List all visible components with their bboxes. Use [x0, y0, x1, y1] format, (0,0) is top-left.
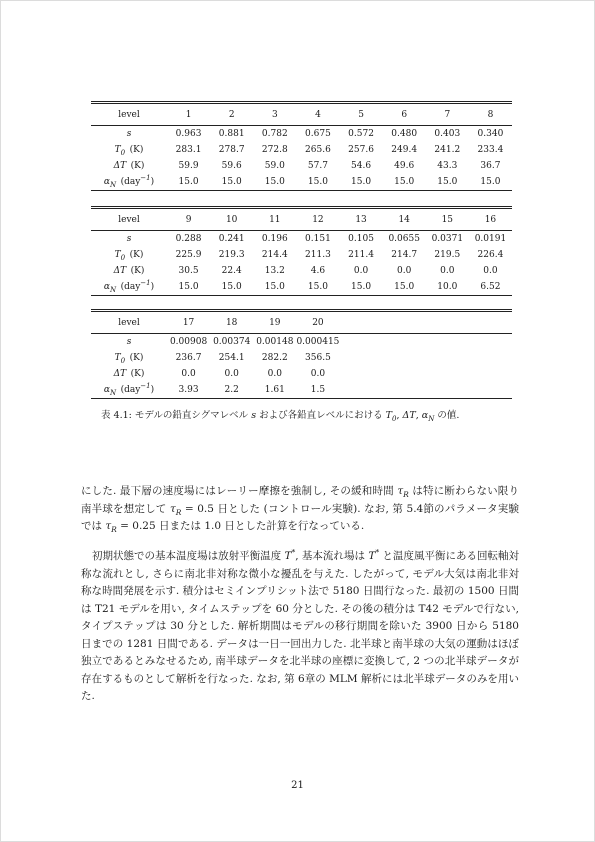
- row-label-cell: αN (day−1): [91, 174, 167, 191]
- page-number: 21: [1, 780, 594, 791]
- value-cell: [469, 366, 512, 382]
- value-cell: 0.0: [253, 366, 296, 382]
- value-cell: [426, 350, 469, 366]
- level-header-cell: 18: [210, 312, 253, 334]
- value-cell: 6.52: [469, 279, 512, 296]
- sigma-level-table-2: level910111213141516s0.2880.2410.1960.15…: [91, 206, 512, 296]
- table-row: s0.2880.2410.1960.1510.1050.06550.03710.…: [91, 231, 512, 248]
- value-cell: 0.00374: [210, 334, 253, 351]
- value-cell: 15.0: [210, 279, 253, 296]
- value-cell: 0.00908: [167, 334, 210, 351]
- value-cell: 0.0191: [469, 231, 512, 248]
- value-cell: 219.3: [210, 247, 253, 263]
- header-label-cell: level: [91, 209, 167, 231]
- value-cell: 214.4: [253, 247, 296, 263]
- value-cell: [426, 366, 469, 382]
- value-cell: 1.5: [296, 382, 339, 399]
- table-caption: 表 4.1: モデルの鉛直シグマレベル s および各鉛直レベルにおける T0, …: [101, 408, 498, 424]
- sigma-level-table-1: level12345678s0.9630.8810.7820.6750.5720…: [91, 101, 512, 191]
- level-header-cell: 17: [167, 312, 210, 334]
- row-label-cell: αN (day−1): [91, 279, 167, 296]
- level-header-cell: 8: [469, 104, 512, 126]
- body-paragraph-2: 初期状態での基本温度場は放射平衡温度 T*, 基本流れ場は T* と温度風平衡に…: [81, 548, 519, 706]
- header-label-cell: level: [91, 104, 167, 126]
- level-header-cell: 12: [296, 209, 339, 231]
- value-cell: [383, 382, 426, 399]
- value-cell: 0.288: [167, 231, 210, 248]
- row-label-cell: ΔT (K): [91, 263, 167, 279]
- level-header-cell: 19: [253, 312, 296, 334]
- value-cell: 0.881: [210, 126, 253, 143]
- value-cell: 0.0655: [383, 231, 426, 248]
- value-cell: 59.0: [253, 158, 296, 174]
- value-cell: 30.5: [167, 263, 210, 279]
- level-header-cell: 9: [167, 209, 210, 231]
- level-header-cell: 1: [167, 104, 210, 126]
- level-header-cell: 10: [210, 209, 253, 231]
- value-cell: [383, 334, 426, 351]
- value-cell: 59.6: [210, 158, 253, 174]
- value-cell: 225.9: [167, 247, 210, 263]
- value-cell: 0.0: [469, 263, 512, 279]
- level-header-cell: 11: [253, 209, 296, 231]
- value-cell: 0.963: [167, 126, 210, 143]
- value-cell: 43.3: [426, 158, 469, 174]
- value-cell: 36.7: [469, 158, 512, 174]
- row-label-cell: s: [91, 334, 167, 351]
- level-header-cell: 14: [383, 209, 426, 231]
- value-cell: 0.403: [426, 126, 469, 143]
- level-header-cell: [469, 312, 512, 334]
- value-cell: 0.0: [426, 263, 469, 279]
- level-header-cell: 3: [253, 104, 296, 126]
- value-cell: 211.3: [296, 247, 339, 263]
- value-cell: 236.7: [167, 350, 210, 366]
- value-cell: 15.0: [253, 279, 296, 296]
- row-label-cell: ΔT (K): [91, 158, 167, 174]
- value-cell: [340, 366, 383, 382]
- table-row: αN (day−1)15.015.015.015.015.015.015.015…: [91, 174, 512, 191]
- value-cell: 0.0: [167, 366, 210, 382]
- level-header-cell: [383, 312, 426, 334]
- value-cell: [383, 350, 426, 366]
- data-table: level17181920s0.009080.003740.001480.000…: [91, 311, 512, 399]
- table-row: T0 (K)283.1278.7272.8265.6257.6249.4241.…: [91, 142, 512, 158]
- table-row: αN (day−1)15.015.015.015.015.015.010.06.…: [91, 279, 512, 296]
- value-cell: 0.0: [383, 263, 426, 279]
- value-cell: 0.105: [340, 231, 383, 248]
- table-row: ΔT (K)0.00.00.00.0: [91, 366, 512, 382]
- value-cell: [426, 382, 469, 399]
- row-label-cell: αN (day−1): [91, 382, 167, 399]
- value-cell: [340, 350, 383, 366]
- value-cell: [340, 334, 383, 351]
- level-header-cell: 7: [426, 104, 469, 126]
- value-cell: 15.0: [296, 279, 339, 296]
- value-cell: 272.8: [253, 142, 296, 158]
- table-row: ΔT (K)59.959.659.057.754.649.643.336.7: [91, 158, 512, 174]
- data-table: level12345678s0.9630.8810.7820.6750.5720…: [91, 103, 512, 191]
- value-cell: 1.61: [253, 382, 296, 399]
- table-row: s0.009080.003740.001480.000415: [91, 334, 512, 351]
- table-row: T0 (K)236.7254.1282.2356.5: [91, 350, 512, 366]
- table-row: T0 (K)225.9219.3214.4211.3211.4214.7219.…: [91, 247, 512, 263]
- value-cell: 4.6: [296, 263, 339, 279]
- value-cell: 59.9: [167, 158, 210, 174]
- level-header-cell: 20: [296, 312, 339, 334]
- value-cell: 254.1: [210, 350, 253, 366]
- table-header-row: level12345678: [91, 104, 512, 126]
- row-label-cell: s: [91, 231, 167, 248]
- value-cell: 0.0: [296, 366, 339, 382]
- data-table: level910111213141516s0.2880.2410.1960.15…: [91, 208, 512, 296]
- value-cell: [426, 334, 469, 351]
- value-cell: 13.2: [253, 263, 296, 279]
- value-cell: [469, 382, 512, 399]
- value-cell: 15.0: [469, 174, 512, 191]
- value-cell: 3.93: [167, 382, 210, 399]
- value-cell: 0.196: [253, 231, 296, 248]
- value-cell: 15.0: [340, 174, 383, 191]
- level-header-cell: 13: [340, 209, 383, 231]
- row-label-cell: T0 (K): [91, 247, 167, 263]
- value-cell: 0.241: [210, 231, 253, 248]
- value-cell: 0.572: [340, 126, 383, 143]
- row-label-cell: s: [91, 126, 167, 143]
- value-cell: [469, 350, 512, 366]
- value-cell: 0.782: [253, 126, 296, 143]
- value-cell: [340, 382, 383, 399]
- value-cell: 249.4: [383, 142, 426, 158]
- value-cell: 233.4: [469, 142, 512, 158]
- value-cell: 282.2: [253, 350, 296, 366]
- value-cell: 15.0: [167, 279, 210, 296]
- value-cell: 219.5: [426, 247, 469, 263]
- value-cell: 15.0: [426, 174, 469, 191]
- value-cell: 0.340: [469, 126, 512, 143]
- table-row: s0.9630.8810.7820.6750.5720.4800.4030.34…: [91, 126, 512, 143]
- table-header-row: level910111213141516: [91, 209, 512, 231]
- header-label-cell: level: [91, 312, 167, 334]
- value-cell: 0.00148: [253, 334, 296, 351]
- value-cell: 257.6: [340, 142, 383, 158]
- value-cell: 15.0: [340, 279, 383, 296]
- value-cell: 15.0: [383, 279, 426, 296]
- table-row: αN (day−1)3.932.21.611.5: [91, 382, 512, 399]
- table-header-row: level17181920: [91, 312, 512, 334]
- value-cell: 15.0: [253, 174, 296, 191]
- level-header-cell: 6: [383, 104, 426, 126]
- row-label-cell: T0 (K): [91, 142, 167, 158]
- value-cell: [383, 366, 426, 382]
- value-cell: 15.0: [210, 174, 253, 191]
- value-cell: 278.7: [210, 142, 253, 158]
- value-cell: 0.675: [296, 126, 339, 143]
- level-header-cell: [426, 312, 469, 334]
- value-cell: 356.5: [296, 350, 339, 366]
- level-header-cell: 2: [210, 104, 253, 126]
- value-cell: 214.7: [383, 247, 426, 263]
- value-cell: 283.1: [167, 142, 210, 158]
- value-cell: [469, 334, 512, 351]
- value-cell: 15.0: [167, 174, 210, 191]
- value-cell: 10.0: [426, 279, 469, 296]
- value-cell: 0.0371: [426, 231, 469, 248]
- row-label-cell: ΔT (K): [91, 366, 167, 382]
- level-header-cell: 4: [296, 104, 339, 126]
- value-cell: 211.4: [340, 247, 383, 263]
- table-row: ΔT (K)30.522.413.24.60.00.00.00.0: [91, 263, 512, 279]
- value-cell: 15.0: [383, 174, 426, 191]
- value-cell: 0.480: [383, 126, 426, 143]
- value-cell: 0.0: [340, 263, 383, 279]
- value-cell: 49.6: [383, 158, 426, 174]
- value-cell: 2.2: [210, 382, 253, 399]
- level-header-cell: 16: [469, 209, 512, 231]
- value-cell: 22.4: [210, 263, 253, 279]
- level-header-cell: 5: [340, 104, 383, 126]
- value-cell: 15.0: [296, 174, 339, 191]
- value-cell: 226.4: [469, 247, 512, 263]
- value-cell: 265.6: [296, 142, 339, 158]
- row-label-cell: T0 (K): [91, 350, 167, 366]
- value-cell: 0.0: [210, 366, 253, 382]
- sigma-level-table-3: level17181920s0.009080.003740.001480.000…: [91, 309, 512, 399]
- value-cell: 54.6: [340, 158, 383, 174]
- document-page: level12345678s0.9630.8810.7820.6750.5720…: [0, 0, 595, 842]
- body-paragraph-1: にした. 最下層の速度場にはレーリー摩擦を強制し, その緩和時間 τR は特に断…: [81, 483, 519, 536]
- value-cell: 241.2: [426, 142, 469, 158]
- value-cell: 0.000415: [296, 334, 339, 351]
- value-cell: 0.151: [296, 231, 339, 248]
- level-header-cell: 15: [426, 209, 469, 231]
- level-header-cell: [340, 312, 383, 334]
- value-cell: 57.7: [296, 158, 339, 174]
